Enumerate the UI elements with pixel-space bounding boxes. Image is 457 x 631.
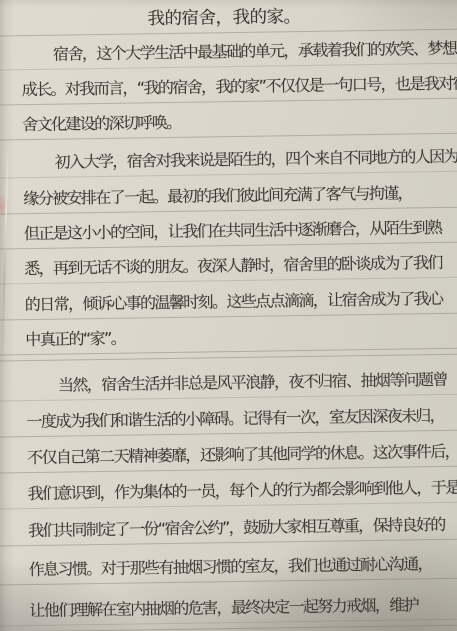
essay-line-8: 的日常，倾诉心事的温馨时刻。这些点点滴滴，让宿舍成为了我心 <box>25 284 443 320</box>
notebook-page: 我的宿舍，我的家。宿舍，这个大学生活中最基础的单元，承载着我们的欢笑、梦想与成长… <box>0 0 457 631</box>
essay-line-7: 悉，再到无话不谈的朋友。夜深人静时，宿舍里的卧谈成为了我们 <box>24 248 442 284</box>
essay-line-14: 我们共同制定了一份“宿舍公约”，鼓励大家相互尊重，保持良好的 <box>28 510 445 546</box>
essay-line-3: 舍文化建设的深切呼唤。 <box>22 108 181 140</box>
essay-line-9: 中真正的“家”。 <box>25 324 125 355</box>
essay-line-10: 当然，宿舍生活并非总是风平浪静，夜不归宿、抽烟等问题曾 <box>58 365 447 401</box>
ruled-line <box>0 353 457 361</box>
essay-line-6: 但正是这小小的空间，让我们在共同生活中逐渐磨合，从陌生到熟 <box>24 213 442 249</box>
essay-line-4: 初入大学，宿舍对我来说是陌生的，四个来自不同地方的人因为 <box>54 142 457 178</box>
essay-line-15: 作息习惯。对于那些有抽烟习惯的室友，我们也通过耐心沟通， <box>29 549 433 585</box>
essay-line-16: 让他们理解在室内抽烟的危害，最终决定一起努力戒烟，维护 <box>29 590 418 626</box>
essay-lines: 我的宿舍，我的家。宿舍，这个大学生活中最基础的单元，承载着我们的欢笑、梦想与成长… <box>0 0 452 4</box>
essay-line-2: 成长。对我而言，“我的宿舍，我的家”不仅仅是一句口号，也是我对宿 <box>21 69 457 106</box>
essay-line-5: 缘分被安排在了一起。最初的我们彼此间充满了客气与拘谨， <box>23 178 412 214</box>
essay-line-1: 宿舍，这个大学生活中最基础的单元，承载着我们的欢笑、梦想与 <box>53 34 457 70</box>
essay-line-13: 我们意识到，作为集体的一员，每个人的行为都会影响到他人，于是 <box>27 473 457 509</box>
page-tilt-layer: 我的宿舍，我的家。宿舍，这个大学生活中最基础的单元，承载着我们的欢笑、梦想与成长… <box>0 0 457 631</box>
essay-line-11: 一度成为我们和谐生活的小障碍。记得有一次，室友因深夜未归， <box>26 401 444 437</box>
essay-line-12: 不仅自己第二天精神萎靡，还影响了其他同学的休息。这次事件后， <box>27 437 457 473</box>
essay-title: 我的宿舍，我的家。 <box>0 0 453 37</box>
